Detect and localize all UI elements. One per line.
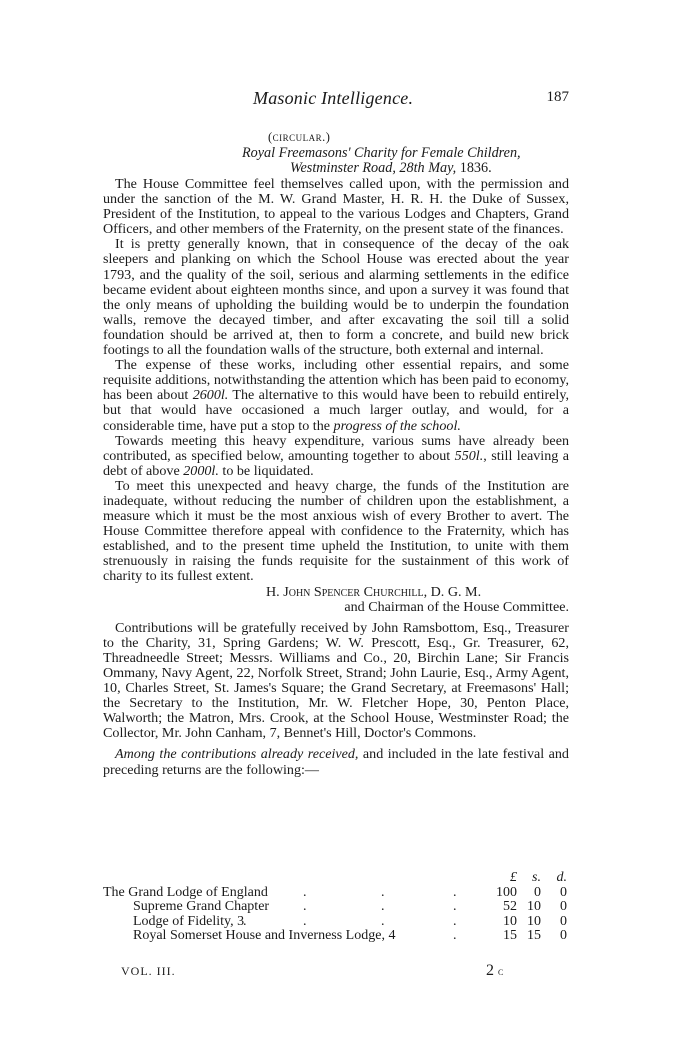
paragraph-expense-text: The expense of these works, including ot… [103,357,569,433]
amount-pounds: 15 [503,929,517,944]
contributor-name: The Grand Lodge of England [103,886,268,901]
amount-pence: 0 [560,915,567,930]
dot-leader: . [303,886,307,901]
page-footer: VOL. III. 2c [103,962,569,980]
amount-shillings: 10 [527,915,541,930]
column-pounds: £ [510,871,517,886]
dot-leader: . [453,900,457,915]
running-head: Masonic Intelligence. 187 [103,88,569,108]
contributor-name: Royal Somerset House and Inverness Lodge… [133,929,395,944]
volume-label: VOL. III. [121,964,176,979]
contributor-name: Lodge of Fidelity, 3 [133,915,244,930]
amount-shillings: 15 [527,929,541,944]
contributions-table: £ s. d. The Grand Lodge of England...100… [103,871,569,944]
signatory-smallcaps: John Spencer Churchill [283,584,423,600]
column-pence: d. [557,871,568,886]
paragraph-contributed-text: Towards meeting this heavy expenditure, … [103,433,569,479]
table-row: Supreme Grand Chapter...52100 [103,900,569,915]
table-header-row: £ s. d. [103,871,569,886]
paragraph-received: Among the contributions already received… [103,747,569,777]
signatory-title: and Chairman of the House Committee. [103,600,569,615]
amount-shillings: 0 [534,886,541,901]
dot-leader: . [453,915,457,930]
circular-label: (circular.) [268,130,330,145]
dateline-year: 1836. [460,160,492,176]
paragraph-expense: The expense of these works, including ot… [103,358,569,433]
dateline-place-date: Westminster Road, 28th May, 1836. [290,160,492,177]
received-italic: Among the contributions already received… [115,746,358,762]
dot-leader: . [453,929,457,944]
printer-signature-mark: 2c [486,962,503,980]
paragraph-charge: To meet this unexpected and heavy charge… [103,479,569,585]
column-shillings: s. [532,871,541,886]
dateline-place: Westminster Road, 28th May, [290,160,460,176]
amount-pounds: 52 [503,900,517,915]
amount-shillings: 10 [527,900,541,915]
amount-pence: 0 [560,886,567,901]
paragraph-contributions: Contributions will be gratefully receive… [103,621,569,742]
amount-pence: 0 [560,929,567,944]
contributor-name: Supreme Grand Chapter [133,900,269,915]
signature-block: H. John Spencer Churchill, D. G. M. and … [103,585,569,615]
dot-leader: . [453,886,457,901]
dot-leader: . [381,886,385,901]
dot-leader: . [381,915,385,930]
amount-pounds: 100 [496,886,517,901]
dot-leader: . [381,900,385,915]
dot-leader: . [243,915,247,930]
paragraph-decay: It is pretty generally known, that in co… [103,237,569,358]
table-row: Lodge of Fidelity, 3....10100 [103,915,569,930]
dot-leader: . [303,915,307,930]
page-number: 187 [547,89,570,106]
paragraph-contributed: Towards meeting this heavy expenditure, … [103,434,569,479]
running-title: Masonic Intelligence. [253,88,413,109]
amount-pence: 0 [560,900,567,915]
table-row: The Grand Lodge of England...10000 [103,886,569,901]
paragraph-appeal: The House Committee feel themselves call… [103,177,569,237]
table-row: Royal Somerset House and Inverness Lodge… [103,929,569,944]
amount-pounds: 10 [503,915,517,930]
table-body: The Grand Lodge of England...10000Suprem… [103,886,569,944]
signatory-name: H. John Spencer Churchill, D. G. M. [103,585,569,600]
dot-leader: . [303,900,307,915]
circular-body: The House Committee feel themselves call… [103,177,569,778]
